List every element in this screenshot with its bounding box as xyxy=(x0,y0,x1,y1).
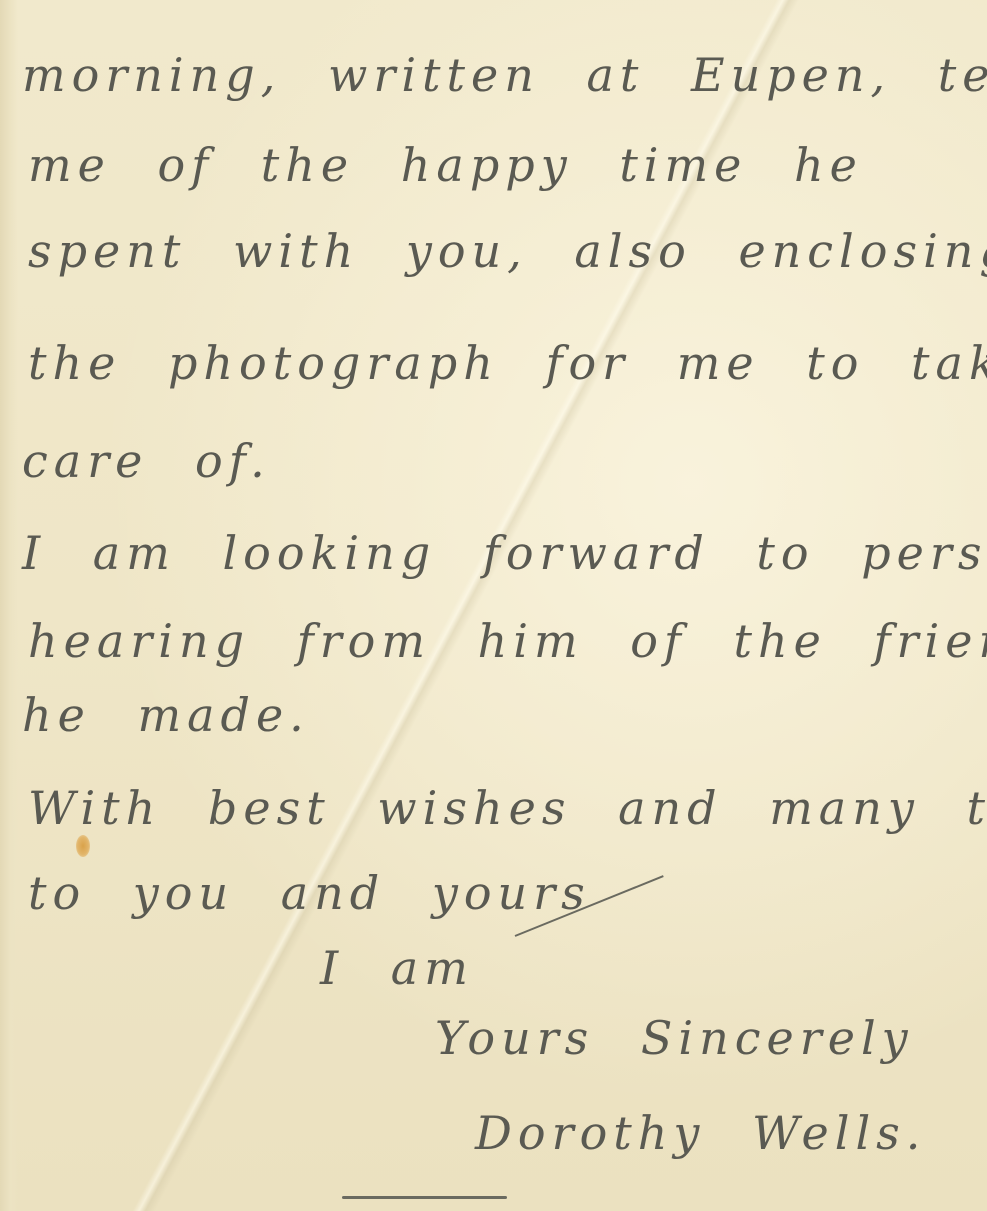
letter-line: to you and yours xyxy=(28,870,591,916)
signature: Dorothy Wells. xyxy=(475,1110,926,1156)
signature-underline xyxy=(342,1196,507,1199)
letter-page: morning, written at Eupen, telling me of… xyxy=(0,0,987,1211)
letter-line: care of. xyxy=(22,438,271,484)
letter-line: hearing from him of the friends xyxy=(28,618,987,664)
letter-line: spent with you, also enclosing xyxy=(28,228,987,274)
letter-line: morning, written at Eupen, telling xyxy=(22,52,987,98)
letter-line: the photograph for me to take xyxy=(28,340,987,386)
letter-line: he made. xyxy=(22,692,310,738)
paper-edge xyxy=(0,0,18,1211)
letter-line: I am looking forward to personally xyxy=(22,530,987,576)
closing-yours-sincerely: Yours Sincerely xyxy=(435,1015,914,1061)
letter-line: With best wishes and many thanks xyxy=(28,785,987,831)
letter-line: me of the happy time he xyxy=(28,142,863,188)
paper-stain xyxy=(76,835,90,857)
closing-i-am: I am xyxy=(320,945,474,991)
